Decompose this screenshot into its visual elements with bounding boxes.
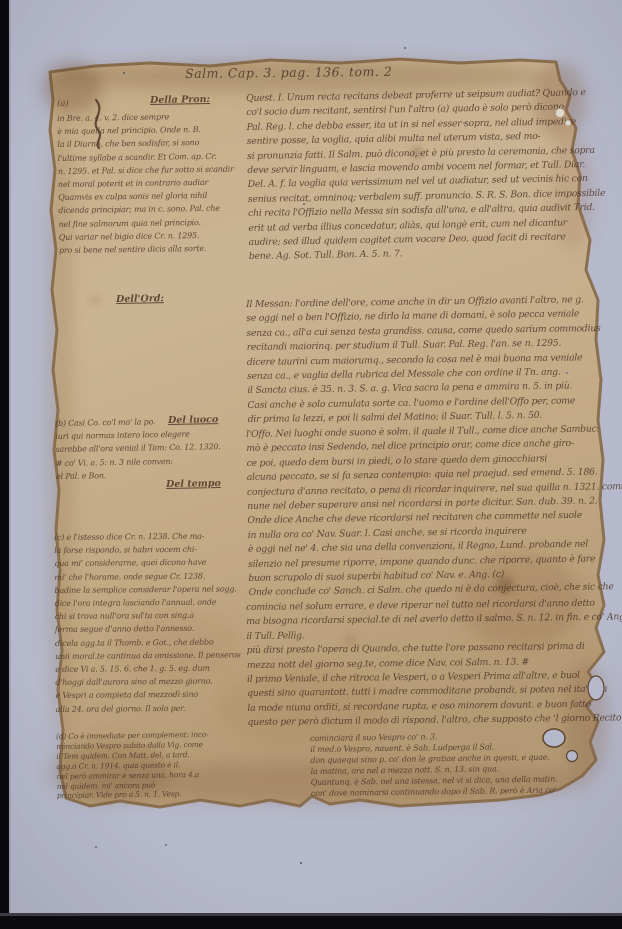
body-text-block-2: Il Messan: l'ordine dell'ore, come anche…: [246, 293, 600, 428]
handwritten-line: badine la semplice considerar l'opera ne…: [54, 582, 249, 597]
citation-header: Salm. Cap. 3. pag. 136. tom. 2: [185, 64, 392, 81]
slide-photograph: { "scene": { "background_color": "#b6b9c…: [0, 0, 622, 929]
body-text-block-3: l'Offo. Nei luoghi onde suono è solm. il…: [246, 422, 601, 600]
margin-heading-pronuncia: Della Pron:: [150, 94, 210, 106]
margin-note-pronuncia: in Bre. a. 4. v. 2. dice sempreè mia que…: [57, 109, 254, 257]
margin-heading-ordine: Dell'Ord:: [116, 293, 164, 305]
film-edge-bottom: [0, 916, 622, 929]
film-edge-left-highlight: [9, 0, 11, 929]
margin-note-d: (d) Co è immediate per complement: inco-…: [56, 729, 307, 802]
margin-marker-a: (a): [57, 99, 69, 109]
margin-note-luoco: (b) Casi Co. co'l mo' la po.iuri qui nor…: [55, 414, 256, 483]
handwritten-line: unii moral.te cantinua da omissione. Il …: [55, 648, 250, 663]
body-text-block-1: Quest. I. Unum recta recitans debeat pro…: [246, 86, 601, 265]
body-text-block-4: comincia nel solum errare, e deve ripera…: [246, 597, 600, 731]
handwritten-line: n. 1295. et Pal. si dice che fur sotto s…: [58, 162, 253, 178]
handwritten-line: alla 24. ora del giorno. Il solo per.: [55, 701, 250, 716]
margin-note-c: (c) e l'istesso dice Cr. n. 1238. Che ma…: [54, 529, 251, 716]
handwritten-line: pro si bene nel sentire dicis alla sorte…: [59, 241, 254, 257]
film-edge-left: [0, 0, 9, 929]
dust-specks: [123, 72, 125, 74]
body-text-block-5: cominciarà il suo Vespro co' n. 3.il med…: [310, 729, 601, 799]
